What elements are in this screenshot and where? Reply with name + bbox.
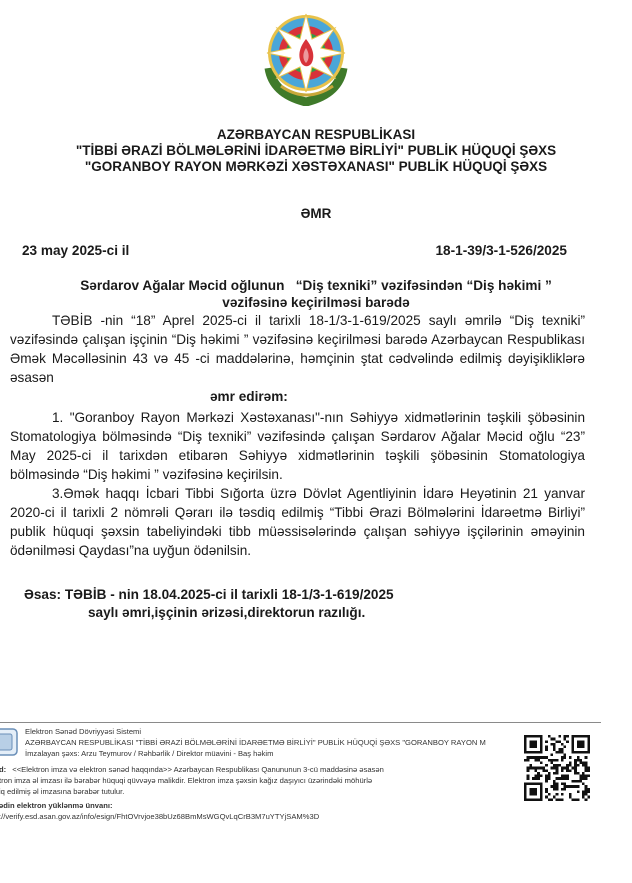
footer-signer: İmzalayan şəxs: Arzu Teymurov / Rəhbərli…: [25, 749, 273, 760]
order-heading: əmr edirəm:: [210, 389, 288, 404]
footer-verify-url[interactable]: ://verify.esd.asan.gov.az/info/esign/Fht…: [0, 812, 319, 823]
order-subject-line2: vəzifəsinə keçirilməsi barədə: [0, 294, 632, 311]
header-organization: "TİBBİ ƏRAZİ BÖLMƏLƏRİNİ İDARƏETMƏ BİRLİ…: [0, 142, 632, 159]
footer-legal-line1: <<Elektron imza və elektron sənəd haqqın…: [12, 765, 384, 774]
footer-organization: AZƏRBAYCAN RESPUBLİKASI "TİBBİ ƏRAZİ BÖL…: [25, 738, 486, 749]
footer-verify-label: ədin elektron yüklənmə ünvanı:: [0, 801, 113, 812]
header-country: AZƏRBAYCAN RESPUBLİKASI: [0, 126, 632, 143]
state-emblem-icon: [251, 6, 361, 106]
footer-separator: [0, 722, 601, 723]
footer-legal-line3: iq edilmiş əl imzasına bərabər tutulur.: [0, 787, 124, 798]
order-subject-line1: Sərdarov Ağalar Məcid oğlunun “Diş texni…: [0, 277, 632, 294]
document-type: ƏMR: [0, 205, 632, 222]
header-hospital: "GORANBOY RAYON MƏRKƏZİ XƏSTƏXANASI" PUB…: [0, 158, 632, 175]
footer-legal-label: d:: [0, 765, 6, 774]
basis-line1: Əsas: TƏBİB - nin 18.04.2025-ci il tarix…: [24, 587, 394, 602]
qr-code-icon[interactable]: [524, 735, 590, 801]
footer-legal-line2: tron imza əl imzası ilə bərabər hüquqi q…: [0, 776, 372, 787]
order-clause-3: 3.Əmək haqqı İcbari Tibbi Sığorta üzrə D…: [10, 484, 585, 560]
order-preamble: TƏBİB -nin “18” Aprel 2025-ci il tarixli…: [10, 311, 585, 387]
order-number: 18-1-39/3-1-526/2025: [435, 243, 567, 258]
footer-system-name: Elektron Sənəd Dövriyyəsi Sistemi: [25, 727, 141, 738]
order-clause-1: 1. "Goranboy Rayon Mərkəzi Xəstəxanası"-…: [10, 408, 585, 484]
order-date: 23 may 2025-ci il: [22, 243, 129, 258]
basis-line2: saylı əmri,işçinin ərizəsi,direktorun ra…: [88, 605, 365, 620]
esd-seal-icon: [0, 728, 18, 756]
